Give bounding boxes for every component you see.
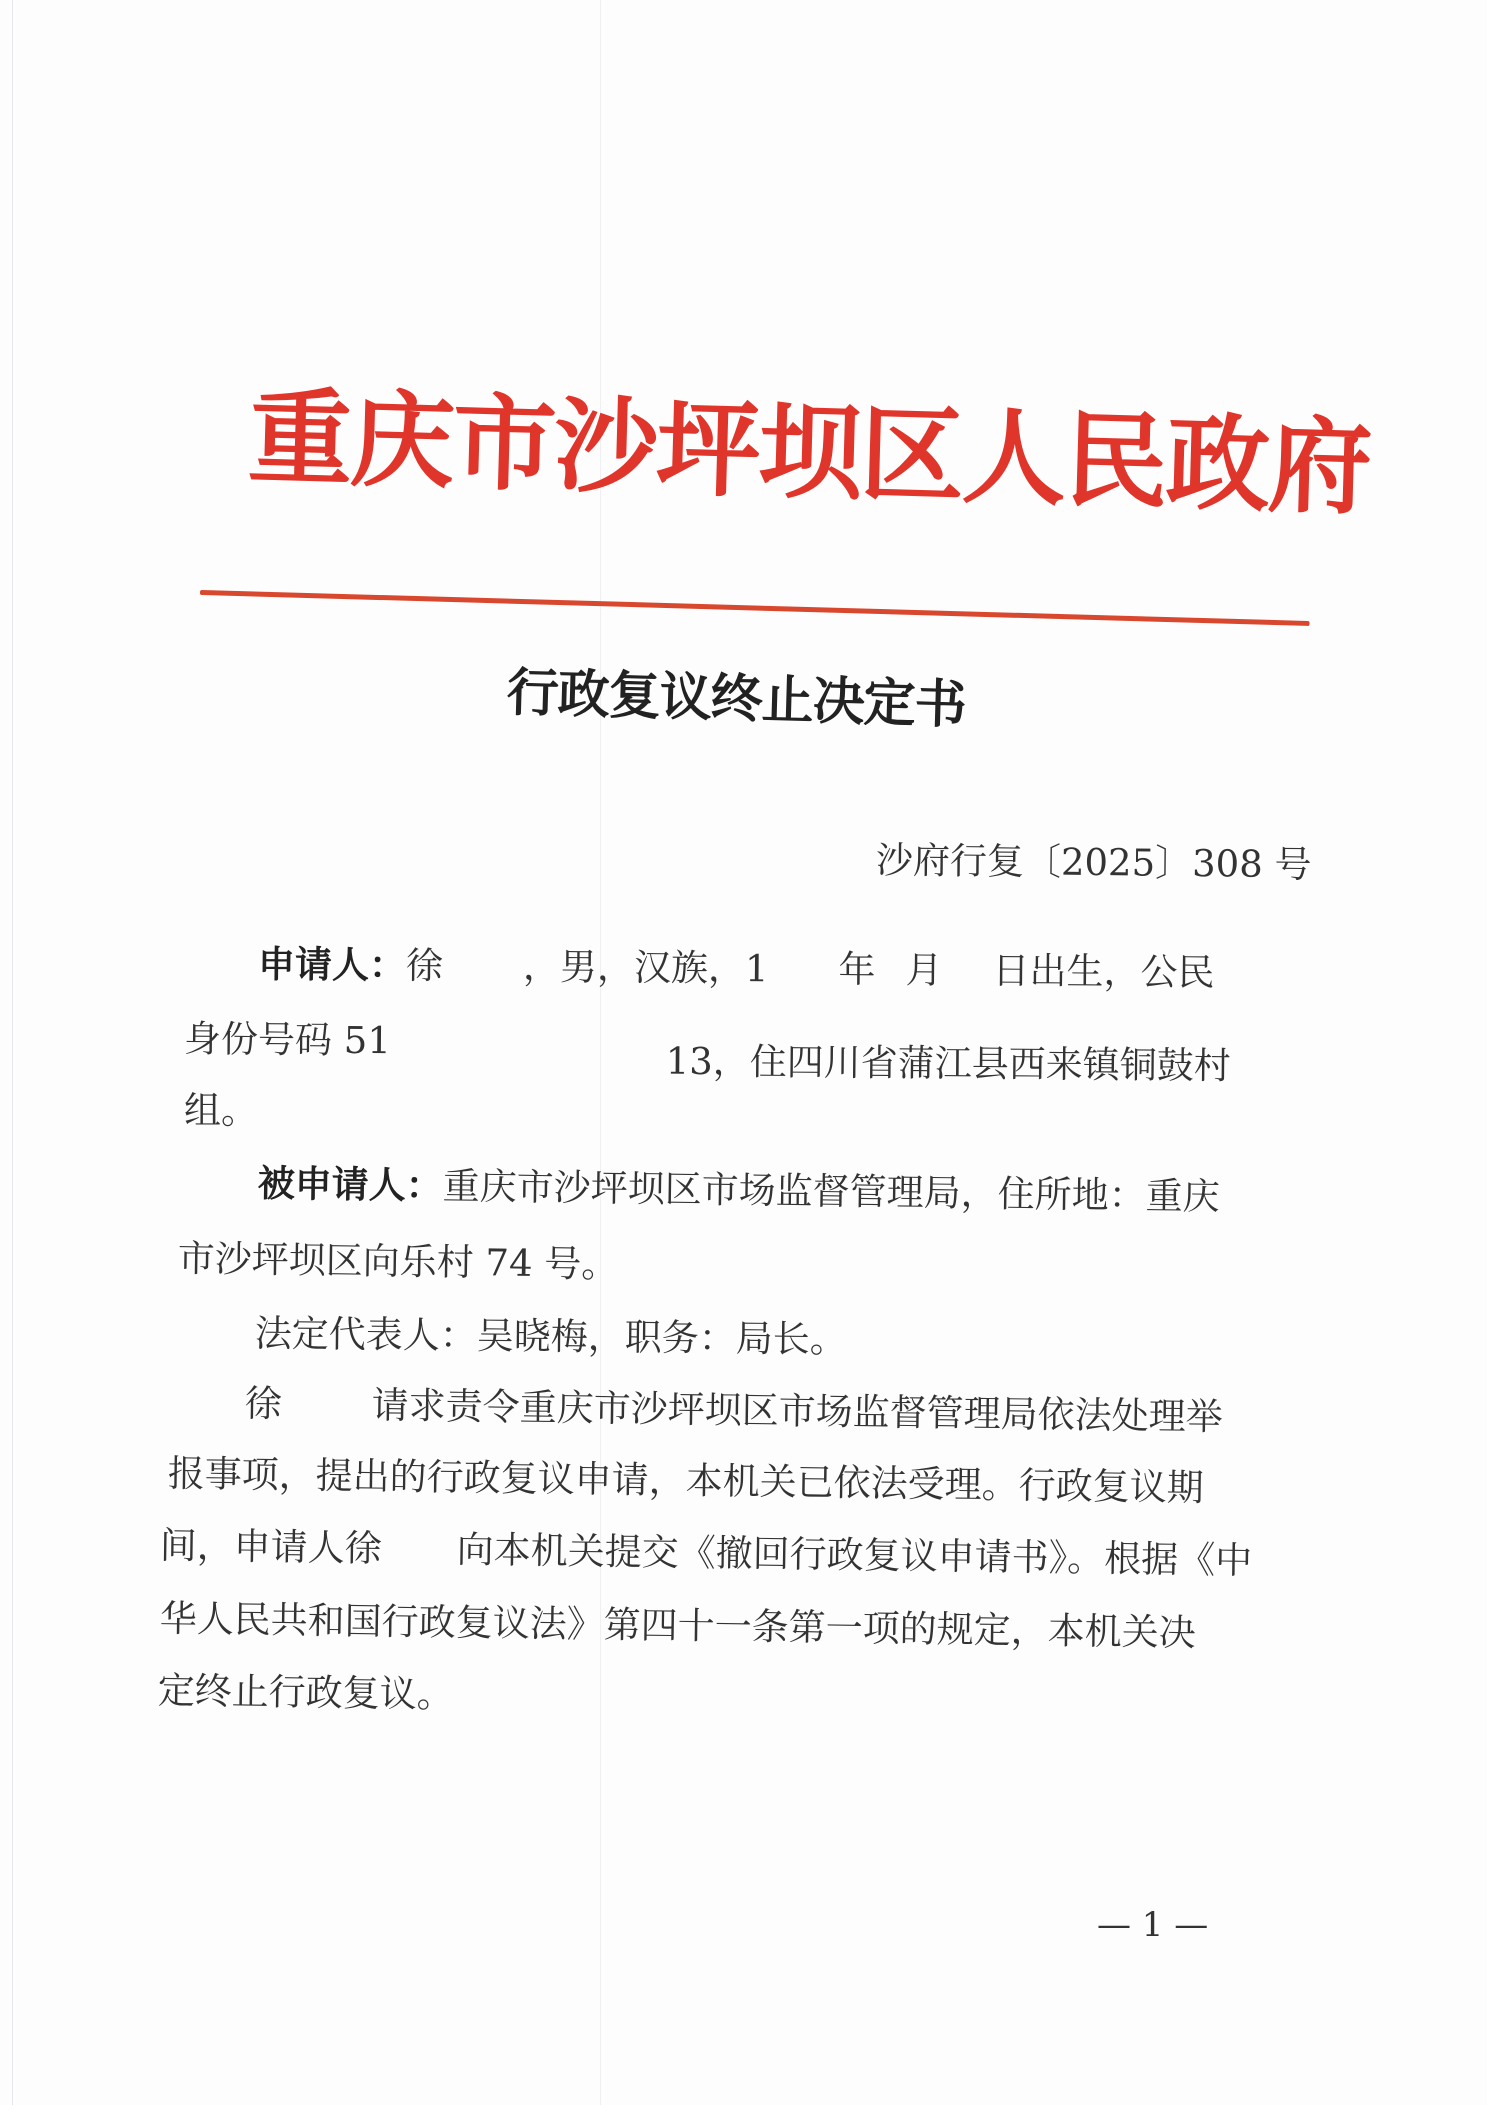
redaction: [382, 1561, 457, 1562]
document-number: 沙府行复〔2025〕308 号: [876, 830, 1312, 889]
body-text: 间，申请人徐: [159, 1524, 382, 1570]
respondent-line-2: 市沙坪坝区向乐村 74 号。: [177, 1240, 618, 1283]
scan-edge: [12, 0, 13, 2105]
applicant-line-1: 申请人：徐，男，汉族，1年月日出生，公民: [258, 946, 1215, 991]
applicant-birth: 日出生，公民: [992, 949, 1214, 994]
body-line-5: 定终止行政复议。: [157, 1672, 453, 1713]
red-divider-line: [200, 590, 1310, 626]
respondent-info: 重庆市沙坪坝区市场监督管理局，住所地：重庆: [442, 1165, 1220, 1219]
body-surname: 徐: [244, 1382, 282, 1426]
applicant-line-3: 组。: [184, 1092, 258, 1129]
redaction: [391, 1053, 666, 1055]
body-line-4: 华人民共和国行政复议法》第四十一条第一项的规定，本机关决: [159, 1600, 1195, 1651]
redaction: [768, 981, 838, 982]
body-line-2: 报事项，提出的行政复议申请，本机关已依法受理。行政复议期: [167, 1455, 1203, 1506]
applicant-month: 月: [905, 948, 942, 991]
body-text: 请求责令重庆市沙坪坝区市场监督管理局依法处理举: [371, 1384, 1223, 1439]
redaction: [443, 978, 523, 979]
redaction: [282, 1417, 372, 1418]
respondent-label: 被申请人：: [257, 1161, 443, 1208]
applicant-year: 年: [838, 948, 875, 991]
applicant-id-prefix: 身份号码 51: [184, 1017, 391, 1062]
body-line-3: 间，申请人徐向本机关提交《撤回行政复议申请书》。根据《中: [159, 1527, 1252, 1579]
issuer-header: 重庆市沙坪坝区人民政府: [247, 385, 1270, 517]
body-text: 向本机关提交《撤回行政复议申请书》。根据《中: [456, 1528, 1252, 1582]
body-line-1: 徐请求责令重庆市沙坪坝区市场监督管理局依法处理举: [244, 1385, 1222, 1436]
page-number: — 1 —: [1097, 1905, 1208, 1945]
document-page: 重庆市沙坪坝区人民政府 行政复议终止决定书 沙府行复〔2025〕308 号 申请…: [0, 0, 1487, 2105]
legal-representative: 法定代表人：吴晓梅，职务：局长。: [255, 1315, 847, 1358]
applicant-info: ，男，汉族，1: [523, 945, 769, 990]
respondent-line-1: 被申请人：重庆市沙坪坝区市场监督管理局，住所地：重庆: [257, 1165, 1219, 1215]
applicant-label: 申请人：: [258, 942, 406, 987]
document-type-title: 行政复议终止决定书: [506, 650, 967, 738]
applicant-surname: 徐: [406, 944, 443, 987]
applicant-line-2: 身份号码 5113，住四川省蒲江县西来镇铜鼓村: [184, 1020, 1231, 1066]
applicant-address: 13，住四川省蒲江县西来镇铜鼓村: [666, 1040, 1231, 1088]
